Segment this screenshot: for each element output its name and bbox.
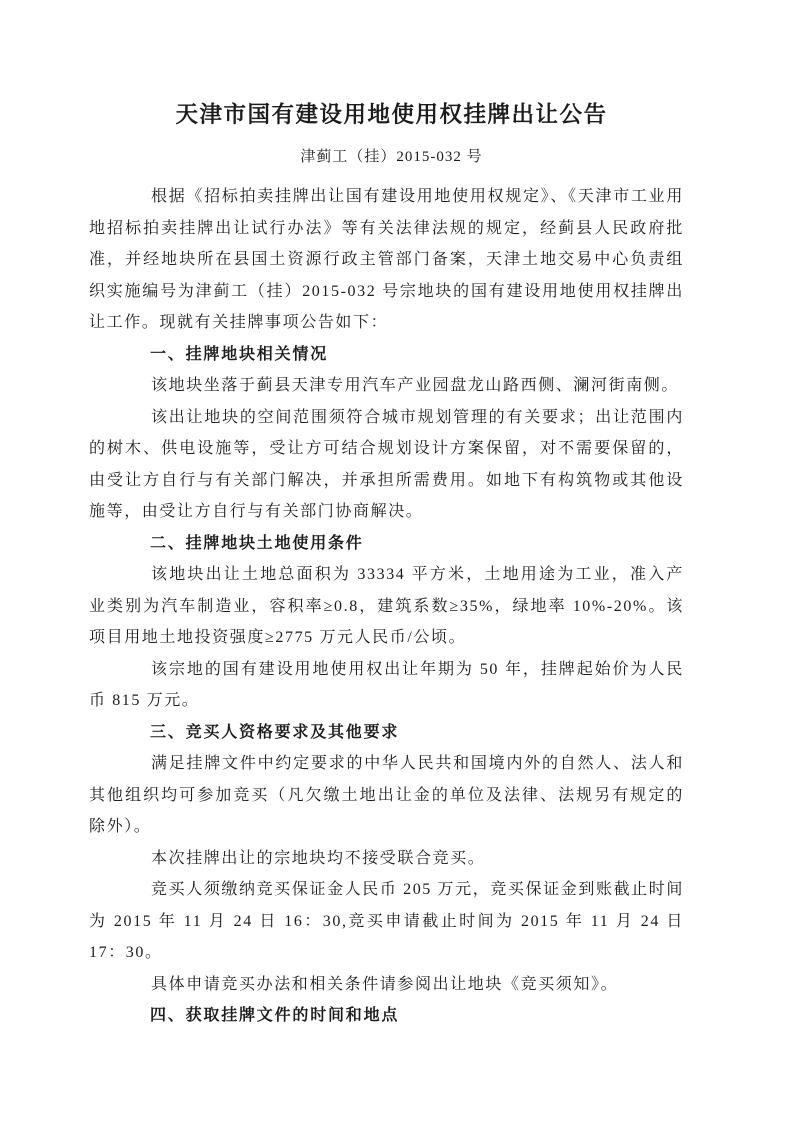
document-page: 天津市国有建设用地使用权挂牌出让公告 津蓟工（挂）2015-032 号 根据《招…: [0, 0, 794, 1123]
body-paragraph: 该出让地块的空间范围须符合城市规划管理的有关要求；出让范围内的树木、供电设施等，…: [89, 402, 684, 528]
section-heading: 二、挂牌地块土地使用条件: [89, 528, 684, 560]
body-paragraph: 竞买人须缴纳竞买保证金人民币 205 万元，竞买保证金到账截止时间为 2015 …: [89, 874, 684, 969]
body-paragraph: 满足挂牌文件中约定要求的中华人民共和国境内外的自然人、法人和其他组织均可参加竞买…: [89, 748, 684, 843]
document-number: 津蓟工（挂）2015-032 号: [89, 146, 694, 168]
section-heading: 四、获取挂牌文件的时间和地点: [89, 1000, 684, 1032]
body-paragraph: 该地块坐落于蓟县天津专用汽车产业园盘龙山路西侧、澜河街南侧。: [89, 370, 684, 402]
document-title: 天津市国有建设用地使用权挂牌出让公告: [89, 100, 694, 130]
body-paragraph: 该地块出让土地总面积为 33334 平方米，土地用途为工业，准入产业类别为汽车制…: [89, 559, 684, 654]
body-paragraph: 该宗地的国有建设用地使用权出让年期为 50 年，挂牌起始价为人民币 815 万元…: [89, 654, 684, 717]
body-paragraph: 本次挂牌出让的宗地块均不接受联合竞买。: [89, 843, 684, 875]
body-paragraph: 具体申请竞买办法和相关条件请参阅出让地块《竞买须知》。: [89, 969, 684, 1001]
section-heading: 一、挂牌地块相关情况: [89, 339, 684, 371]
section-heading: 三、竞买人资格要求及其他要求: [89, 717, 684, 749]
document-body: 根据《招标拍卖挂牌出让国有建设用地使用权规定》、《天津市工业用地招标拍卖挂牌出让…: [89, 181, 684, 1032]
body-paragraph: 根据《招标拍卖挂牌出让国有建设用地使用权规定》、《天津市工业用地招标拍卖挂牌出让…: [89, 181, 684, 339]
